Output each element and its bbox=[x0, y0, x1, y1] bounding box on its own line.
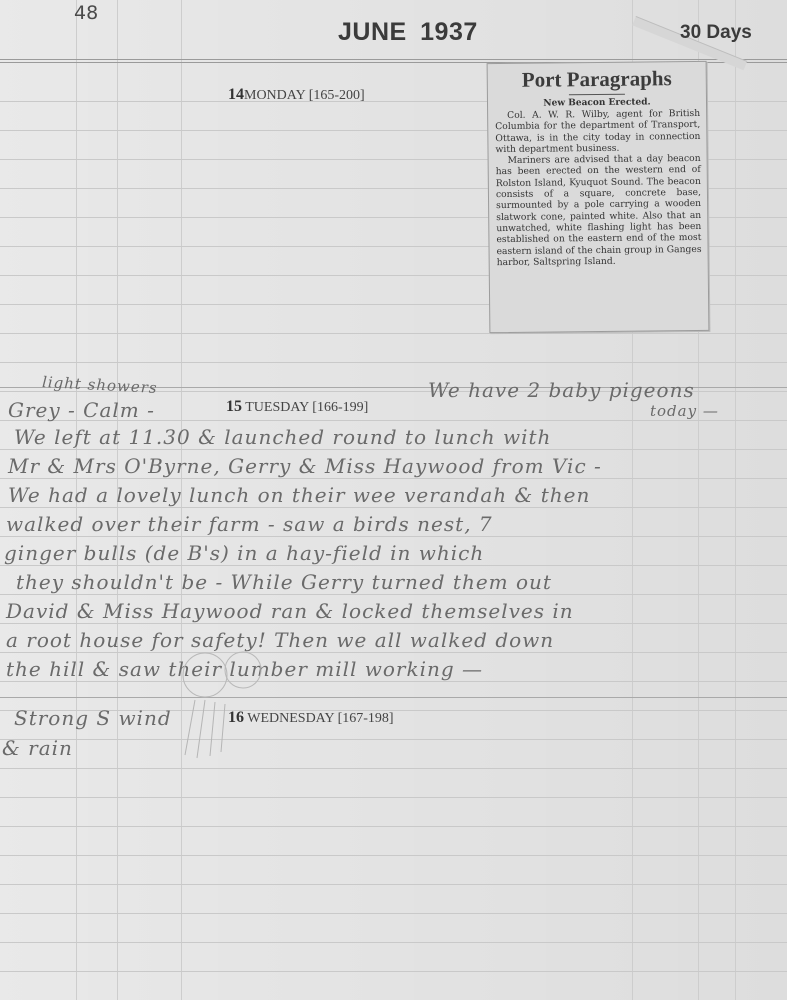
handwritten-weather: light showers bbox=[42, 373, 158, 397]
day-range: [165-200] bbox=[309, 88, 365, 103]
days-count: 30 Days bbox=[680, 22, 752, 44]
ruled-line bbox=[0, 913, 787, 914]
handwritten-line: they shouldn't be - While Gerry turned t… bbox=[16, 570, 552, 594]
handwritten-line: walked over their farm - saw a birds nes… bbox=[6, 512, 493, 536]
newspaper-clipping: Port Paragraphs New Beacon Erected. Col.… bbox=[487, 61, 710, 333]
day-range: [167-198] bbox=[338, 711, 394, 726]
day-number: 15 bbox=[226, 398, 242, 415]
ruled-line bbox=[0, 478, 787, 479]
ruled-line bbox=[0, 884, 787, 885]
clipping-body: Col. A. W. R. Wilby, agent for British C… bbox=[488, 108, 708, 268]
clipping-paragraph: Col. A. W. R. Wilby, agent for British C… bbox=[495, 108, 700, 155]
ruled-line bbox=[0, 768, 787, 769]
ruled-line bbox=[0, 739, 787, 740]
clipping-title: Port Paragraphs bbox=[488, 66, 706, 93]
handwritten-line: Mr & Mrs O'Byrne, Gerry & Miss Haywood f… bbox=[8, 454, 602, 478]
day-header-monday: 14MONDAY [165-200] bbox=[228, 86, 365, 104]
handwritten-line: We left at 11.30 & launched round to lun… bbox=[14, 425, 551, 449]
ruled-line bbox=[0, 942, 787, 943]
diary-page: 48 JUNE 1937 30 Days 14MONDAY [165-200] … bbox=[0, 0, 787, 1000]
ruled-line bbox=[0, 797, 787, 798]
ruled-line bbox=[0, 681, 787, 682]
handwritten-aside: today — bbox=[650, 402, 719, 420]
column-rule bbox=[735, 0, 736, 1000]
day-weekday: TUESDAY bbox=[245, 400, 309, 415]
pencil-doodle bbox=[165, 640, 275, 760]
handwritten-line: David & Miss Haywood ran & locked themse… bbox=[6, 599, 574, 623]
day-number: 14 bbox=[228, 86, 244, 103]
handwritten-weather: Strong S wind bbox=[14, 706, 172, 730]
month-title: JUNE 1937 bbox=[338, 18, 478, 47]
handwritten-weather: & rain bbox=[2, 736, 73, 760]
ruled-line bbox=[0, 594, 787, 595]
handwritten-weather: Grey - Calm - bbox=[8, 398, 155, 422]
ruled-line bbox=[0, 971, 787, 972]
handwritten-aside: We have 2 baby pigeons bbox=[428, 378, 695, 402]
day-range: [166-199] bbox=[312, 400, 368, 415]
clipping-divider bbox=[569, 94, 625, 96]
ruled-line bbox=[0, 536, 787, 537]
day-header-tuesday: 15 TUESDAY [166-199] bbox=[226, 398, 368, 416]
handwritten-line: a root house for safety! Then we all wal… bbox=[6, 628, 554, 652]
ruled-line bbox=[0, 565, 787, 566]
ruled-line bbox=[0, 449, 787, 450]
ruled-line bbox=[0, 623, 787, 624]
day-weekday: MONDAY bbox=[244, 88, 305, 103]
clipping-paragraph: Mariners are advised that a day beacon h… bbox=[496, 153, 702, 268]
ruled-line bbox=[0, 826, 787, 827]
ruled-line bbox=[0, 652, 787, 653]
ruled-line bbox=[0, 855, 787, 856]
handwritten-line: ginger bulls (de B's) in a hay-field in … bbox=[4, 541, 484, 565]
ruled-line bbox=[0, 333, 787, 334]
handwritten-line: We had a lovely lunch on their wee veran… bbox=[8, 483, 590, 507]
ruled-line bbox=[0, 507, 787, 508]
header-rule bbox=[0, 59, 787, 60]
day-separator bbox=[0, 697, 787, 698]
page-number: 48 bbox=[74, 2, 98, 24]
ruled-line bbox=[0, 362, 787, 363]
